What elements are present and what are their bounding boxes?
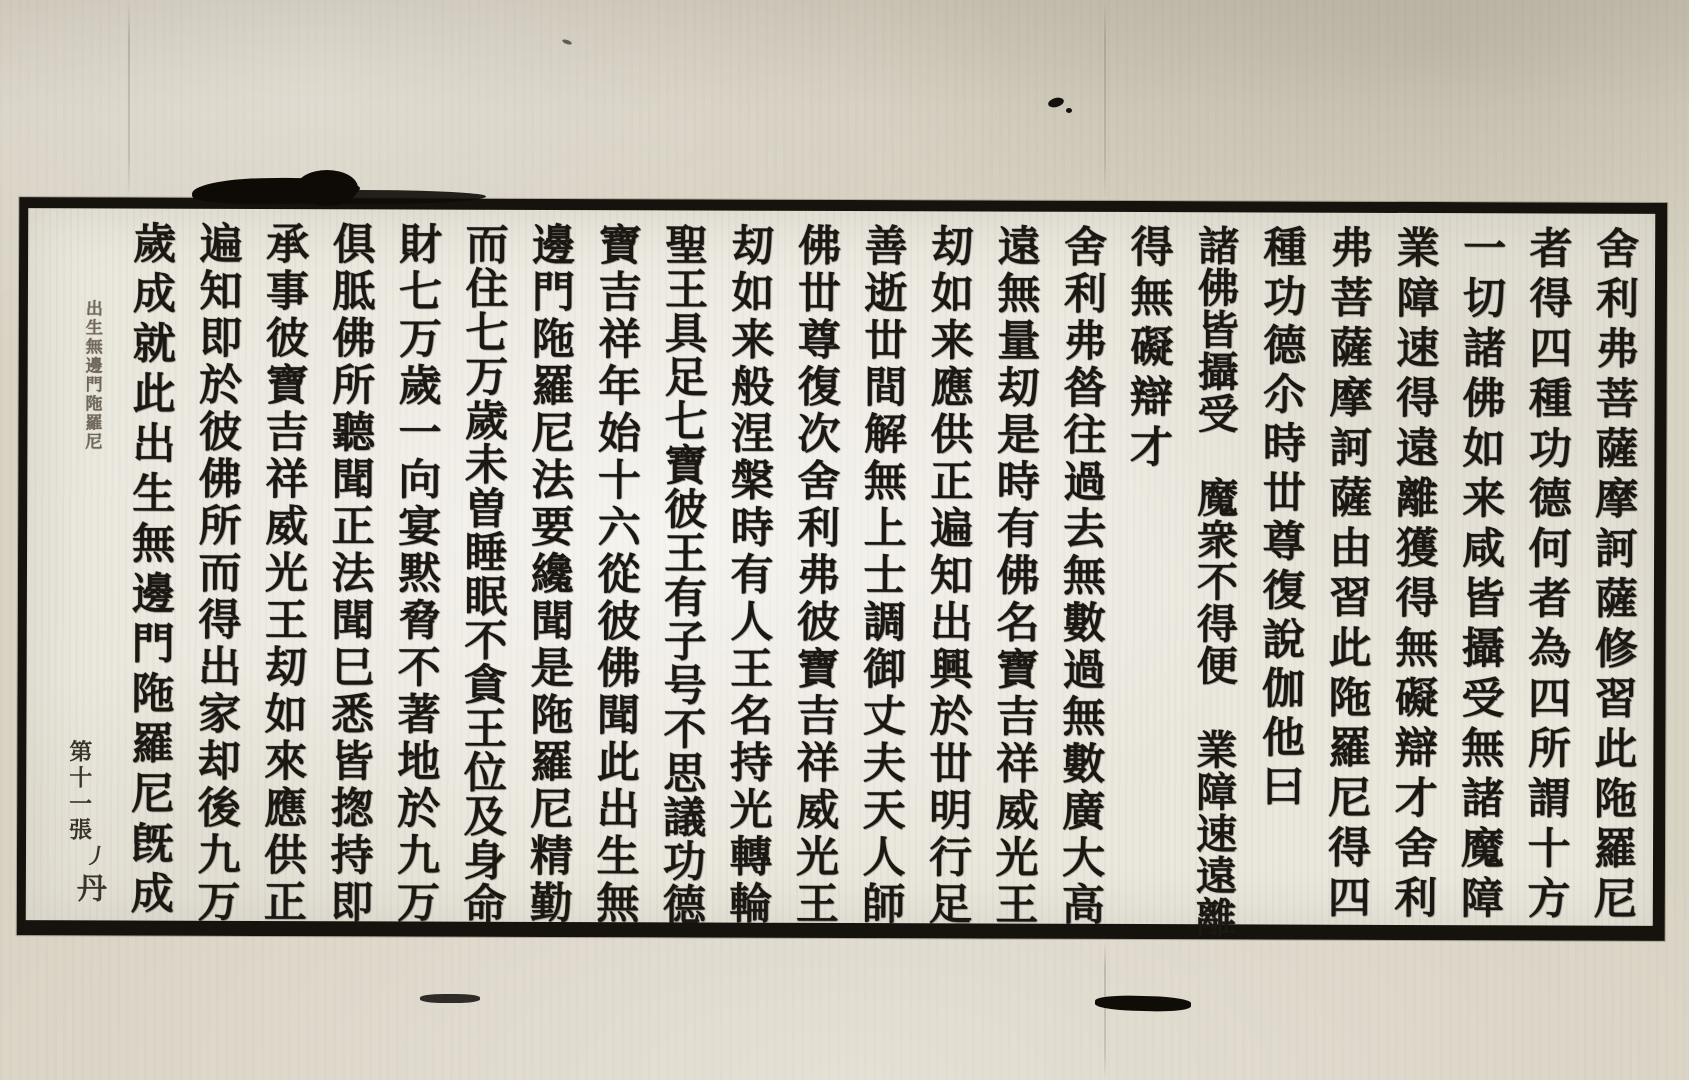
text-column-17: 邊門陁羅尼法要纔聞是陁羅尼精勤 <box>514 222 583 922</box>
text-column-15: 聖王具足七寶彼王有子号不思議功德 <box>647 222 716 922</box>
stroke-mark: 丿 <box>79 842 113 868</box>
text-column-9: 舍利弗㫺往過去無數過無數廣大高 <box>1046 224 1115 924</box>
text-column-4: 業障速得遠離獲得無礙辯才舍利 <box>1379 225 1448 925</box>
sheet-label: 第十一張 <box>62 739 95 843</box>
text-column-10: 遠無量刧是時有佛名寶吉祥威光王 <box>980 223 1049 923</box>
text-column-16: 寶吉祥年始十六從彼佛聞此出生無 <box>581 222 650 922</box>
text-column-20: 俱胝佛所聽聞正法聞巳悉皆揔持即 <box>315 221 384 921</box>
text-column-13: 佛丗尊復次舍利弗彼寶吉祥威光王 <box>780 223 849 923</box>
text-column-23: 歲成就此出生無邊門陁羅尼旣成 <box>115 220 184 920</box>
text-column-22: 遍知即於彼佛所而得出家却後九万 <box>182 221 251 921</box>
text-column-19: 財七万歲一向宴黙脅不著地於九万 <box>381 221 450 921</box>
text-column-3: 一切諸佛如来咸皆攝受無諸魔障 <box>1445 225 1514 925</box>
crease-line <box>1104 940 1106 1080</box>
crease-line <box>1104 0 1106 200</box>
text-column-18: 而住七万歲未曽睡眠不貪王位及身命 <box>448 222 517 922</box>
text-column-12: 善逝丗間解無上士調御丈夫天人師 <box>847 223 916 923</box>
ink-drip <box>420 994 480 1003</box>
text-column-21: 承事彼寶吉祥威光王刧如來應供正 <box>248 221 317 921</box>
text-columns: 舍利弗菩薩摩訶薩修習此陁羅尼 者得四種功德何者為四所謂十方 一切諸佛如来咸皆攝受… <box>26 208 1655 926</box>
ink-smudge <box>236 190 486 204</box>
text-column-11: 刧如来應供正遍知出興於丗明行足 <box>913 223 982 923</box>
ink-speck <box>1066 108 1072 113</box>
woodblock-frame: 舍利弗菩薩摩訶薩修習此陁羅尼 者得四種功德何者為四所謂十方 一切諸佛如来咸皆攝受… <box>17 197 1668 941</box>
running-title: 出生無邊門陁羅尼 <box>79 299 105 451</box>
text-column-1: 舍利弗菩薩摩訶薩修習此陁羅尼 <box>1578 226 1647 926</box>
carver-mark: 丹 <box>66 872 110 902</box>
text-column-8-verse: 得無礙辯才 <box>1113 224 1182 924</box>
text-column-2: 者得四種功德何者為四所謂十方 <box>1512 225 1581 925</box>
text-column-6: 種功德尒時丗尊復說伽他曰 <box>1246 224 1315 924</box>
text-column-7-verse: 諸佛皆攝受 魔衆不得便 業障速遠離 <box>1179 224 1248 924</box>
crease-line <box>128 0 130 198</box>
text-column-14: 刧如来般涅槃時有人王名持光轉輪 <box>714 223 783 923</box>
text-column-5: 弗菩薩摩訶薩由習此陁羅尼得四 <box>1312 225 1381 925</box>
